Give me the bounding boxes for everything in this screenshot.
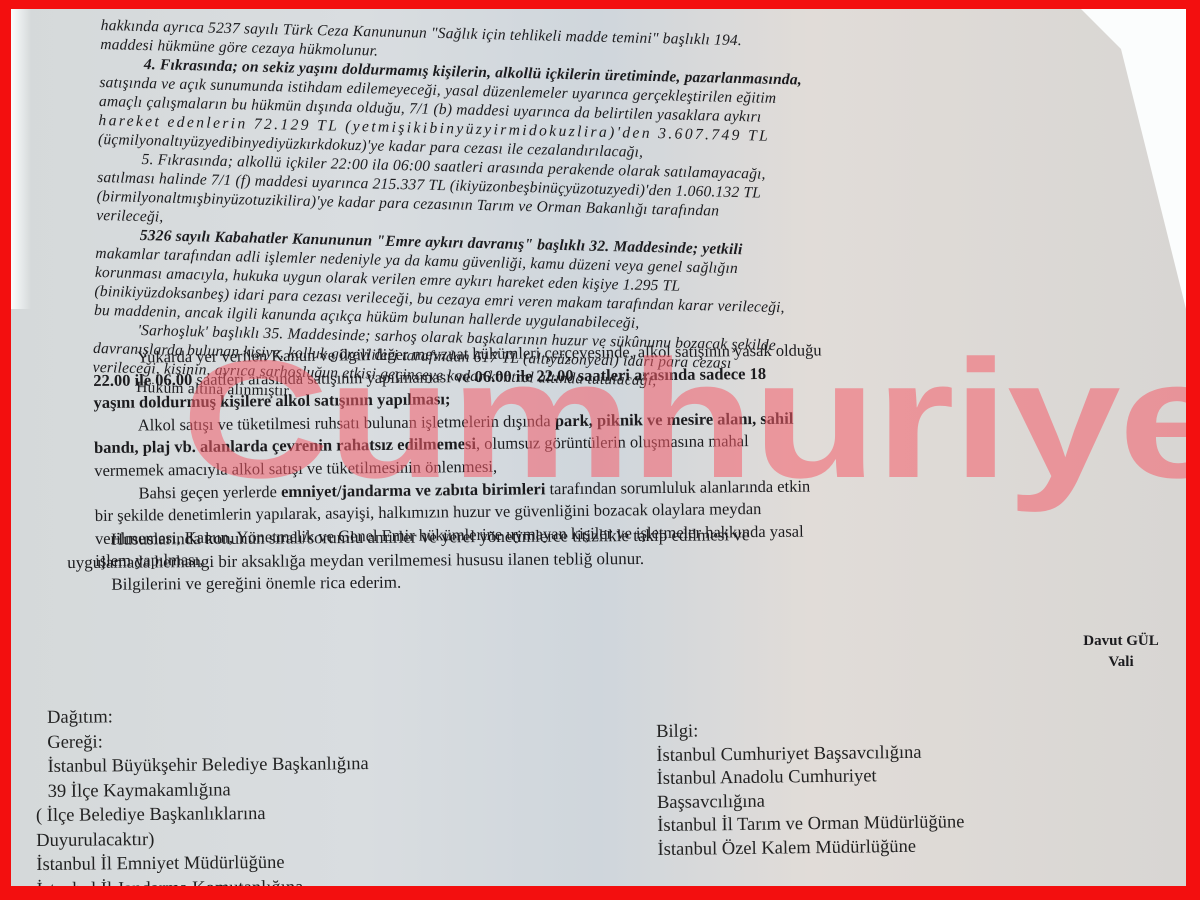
info-item: İstanbul İl Tarım ve Orman Müdürlüğüne	[657, 811, 964, 838]
bold-text: bandı, plaj vb. alanlarda çevrenin rahat…	[94, 434, 476, 457]
signatory-name: Davut GÜL	[1051, 631, 1186, 652]
text-span: tarafından sorumluluk alanlarında etkin	[545, 476, 810, 498]
text-span: saatleri arasında satışının yapılmaması …	[192, 367, 474, 389]
signature-block: Davut GÜL Vali	[1051, 631, 1186, 673]
distribution-item: ( İlçe Belediye Başkanlıklarına	[36, 801, 369, 828]
distribution-list: Dağıtım: Gereği: İstanbul Büyükşehir Bel…	[35, 703, 370, 886]
distribution-item: Duyurulacaktır)	[36, 826, 369, 853]
bold-text: emniyet/jandarma ve zabıta birimleri	[281, 479, 546, 501]
distribution-item: İstanbul İl Emniyet Müdürlüğüne	[36, 850, 369, 877]
signatory-title: Vali	[1051, 652, 1186, 673]
text-span: , olumsuz görüntülerin oluşmasına mahal	[476, 432, 749, 454]
distribution-item: İstanbul Büyükşehir Belediye Başkanlığın…	[35, 752, 368, 779]
info-list: Bilgi: İstanbul Cumhuriyet Başsavcılığın…	[656, 717, 965, 862]
text-span: Alkol satışı ve tüketilmesi ruhsatı bulu…	[138, 411, 555, 434]
distribution-item: 39 İlçe Kaymakamlığına	[36, 777, 369, 804]
paper-edge-highlight	[11, 9, 31, 309]
bold-text: park, piknik ve mesire alanı, sahil	[555, 408, 794, 429]
distribution-subheading: Gereği:	[35, 728, 368, 755]
document-photo: hakkında ayrıca 5237 sayılı Türk Ceza Ka…	[11, 9, 1186, 886]
bold-time-range: 22.00 ile 06.00	[93, 370, 192, 390]
bold-time-range: 06.00 ile 22.00 saatleri arasında sadece…	[474, 364, 766, 386]
info-item: İstanbul Özel Kalem Müdürlüğüne	[657, 835, 964, 862]
info-item: İstanbul Cumhuriyet Başsavcılığına	[656, 741, 963, 768]
closing-section: Hususlarında konunun sıralı/sorumlu amir…	[67, 521, 1167, 596]
text-span: Bahsi geçen yerlerde	[138, 482, 281, 502]
distribution-heading: Dağıtım:	[35, 703, 368, 730]
bold-text: yaşını doldurmuş kişilere alkol satışını…	[93, 389, 450, 412]
